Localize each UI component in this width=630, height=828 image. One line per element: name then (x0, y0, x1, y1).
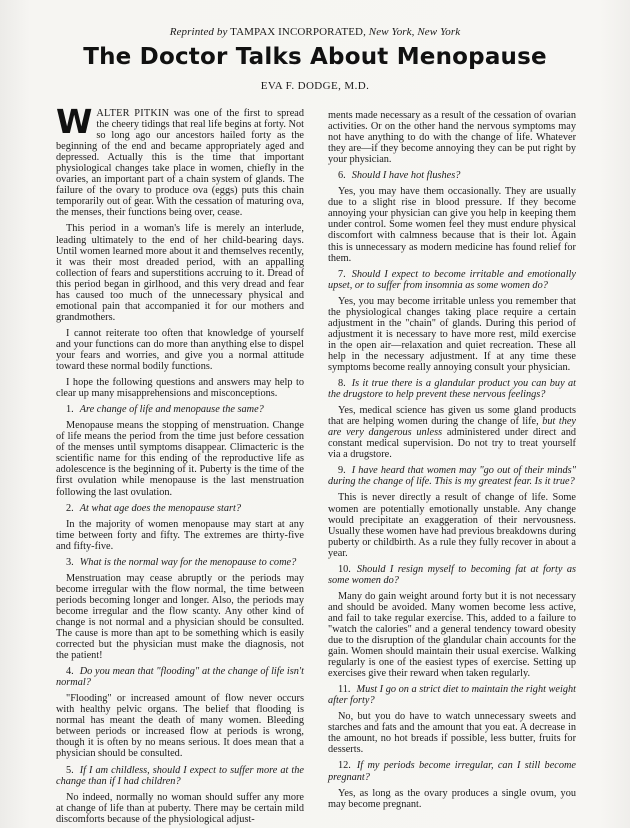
answer-12: Yes, as long as the ovary produces a sin… (328, 788, 576, 810)
drop-cap: W (56, 109, 92, 135)
intro-paragraph-4: I hope the following questions and answe… (56, 377, 304, 399)
reprint-notice: Reprinted by TAMPAX INCORPORATED, New Yo… (0, 26, 630, 38)
question-3: 3.What is the normal way for the menopau… (56, 557, 304, 568)
answer-3: Menstruation may cease abruptly or the p… (56, 573, 304, 661)
answer-2: In the majority of women menopause may s… (56, 519, 304, 552)
answer-9: This is never directly a result of chang… (328, 492, 576, 558)
question-1: 1.Are change of life and menopause the s… (56, 404, 304, 415)
intro-paragraph-3: I cannot reiterate too often that knowle… (56, 328, 304, 372)
reprint-location: New York, New York (369, 26, 460, 38)
question-9: 9.I have heard that women may "go out of… (328, 465, 576, 487)
answer-6: Yes, you may have them occasionally. The… (328, 186, 576, 263)
answer-8: Yes, medical science has given us some g… (328, 405, 576, 460)
page-title: The Doctor Talks About Menopause (0, 44, 630, 70)
document-page: Reprinted by TAMPAX INCORPORATED, New Yo… (0, 0, 630, 828)
question-11: 11.Must I go on a strict diet to maintai… (328, 684, 576, 706)
question-5: 5.If I am childless, should I expect to … (56, 765, 304, 787)
intro-paragraph-2: This period in a woman's life is merely … (56, 223, 304, 322)
question-7: 7.Should I expect to become irritable an… (328, 269, 576, 291)
intro-paragraph-1: WALTER PITKIN was one of the first to sp… (56, 108, 304, 218)
question-4: 4.Do you mean that "flooding" at the cha… (56, 666, 304, 688)
answer-11: No, but you do have to watch unnecessary… (328, 711, 576, 755)
answer-4: "Flooding" or increased amount of flow n… (56, 693, 304, 759)
lead-caps: ALTER PITKIN (96, 108, 169, 119)
reprint-company: TAMPAX INCORPORATED, (230, 26, 366, 38)
left-column: WALTER PITKIN was one of the first to sp… (56, 108, 304, 828)
question-12: 12.If my periods become irregular, can I… (328, 760, 576, 782)
answer-1: Menopause means the stopping of menstrua… (56, 420, 304, 497)
answer-7: Yes, you may become irritable unless you… (328, 296, 576, 373)
question-10: 10.Should I resign myself to becoming fa… (328, 564, 576, 586)
answer-5: No indeed, normally no woman should suff… (56, 792, 304, 825)
question-2: 2.At what age does the menopause start? (56, 503, 304, 514)
answer-5-continued: ments made necessary as a result of the … (328, 110, 576, 165)
answer-10: Many do gain weight around forty but it … (328, 591, 576, 679)
question-6: 6.Should I have hot flushes? (328, 170, 576, 181)
right-column: ments made necessary as a result of the … (328, 110, 576, 815)
question-8: 8.Is it true there is a glandular produc… (328, 378, 576, 400)
author-byline: EVA F. DODGE, M.D. (0, 80, 630, 92)
reprint-prefix: Reprinted by (170, 26, 228, 38)
